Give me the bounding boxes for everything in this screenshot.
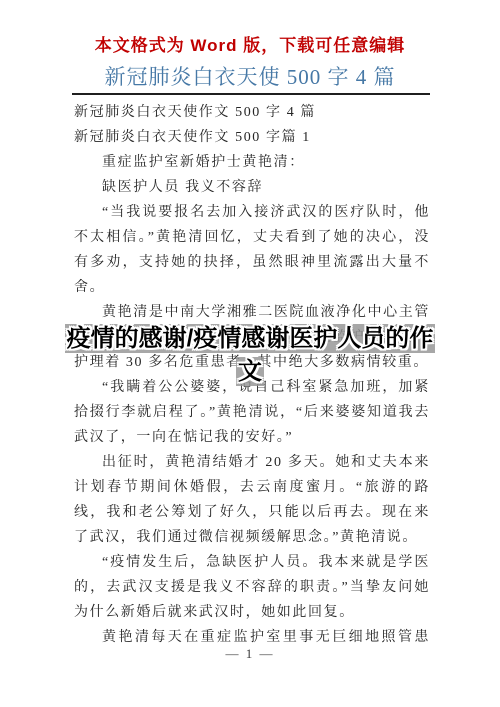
document-page: 本文格式为 Word 版，下载可任意编辑 新冠肺炎白衣天使 500 字 4 篇 … bbox=[0, 0, 500, 707]
watermark-line: 文 bbox=[0, 355, 500, 388]
document-title: 新冠肺炎白衣天使 500 字 4 篇 bbox=[0, 61, 500, 91]
body-paragraph: 新冠肺炎白衣天使作文 500 字篇 1 bbox=[74, 125, 430, 150]
watermark-overlay: 疫情的感谢/疫情感谢医护人员的作 文 bbox=[0, 322, 500, 388]
word-format-notice: 本文格式为 Word 版，下载可任意编辑 bbox=[0, 31, 500, 56]
body-paragraph: 出征时，黄艳清结婚才 20 多天。她和丈夫本来计划春节期间休婚假，去云南度蜜月。… bbox=[74, 450, 430, 550]
title-divider-rule bbox=[72, 93, 430, 95]
body-paragraph: “当我说要报名去加入接济武汉的医疗队时，他不太相信。”黄艳清回忆，丈夫看到了她的… bbox=[74, 200, 430, 300]
body-paragraph: 缺医护人员 我义不容辞 bbox=[74, 175, 430, 200]
page-number: — 1 — bbox=[0, 646, 500, 662]
body-paragraph: 重症监护室新婚护士黄艳清： bbox=[74, 150, 430, 175]
watermark-line: 疫情的感谢/疫情感谢医护人员的作 bbox=[0, 322, 500, 355]
body-paragraph: 新冠肺炎白衣天使作文 500 字 4 篇 bbox=[74, 100, 430, 125]
body-paragraph: “疫情发生后，急缺医护人员。我本来就是学医的，去武汉支援是我义不容辞的职责。”当… bbox=[74, 550, 430, 625]
body-paragraph: 黄艳清每天在重症监护室里事无巨细地照管患者：为患 bbox=[74, 625, 430, 643]
